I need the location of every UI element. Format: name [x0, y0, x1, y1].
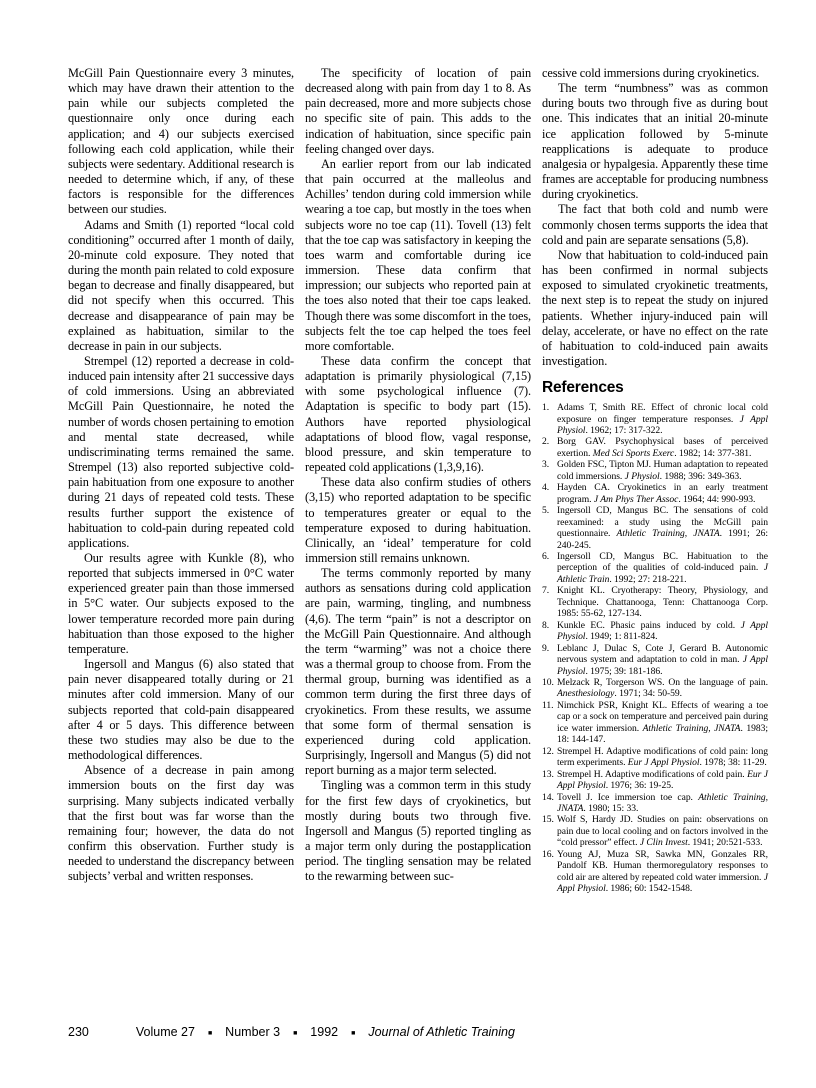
reference-text: . 1971; 34: 50-59.: [614, 688, 682, 699]
reference-text: Leblanc J, Dulac S, Cote J, Gerard B. Au…: [557, 643, 768, 665]
reference-item: 1.Adams T, Smith RE. Effect of chronic l…: [542, 402, 768, 436]
reference-text: . 1941; 20:521-533.: [688, 837, 763, 848]
body-paragraph: The terms commonly reported by many auth…: [305, 566, 531, 778]
column-right: cessive cold immersions during cryokinet…: [542, 66, 768, 895]
footer-volume: Volume 27: [136, 1025, 195, 1039]
body-paragraph: Now that habituation to cold-induced pai…: [542, 248, 768, 369]
reference-item: 9.Leblanc J, Dulac S, Cote J, Gerard B. …: [542, 643, 768, 677]
references-list: 1.Adams T, Smith RE. Effect of chronic l…: [542, 402, 768, 894]
body-paragraph: An earlier report from our lab indicated…: [305, 157, 531, 354]
square-bullet-icon: ■: [293, 1030, 297, 1037]
reference-text: . 1992; 27: 218-221.: [609, 574, 686, 585]
footer: 230 Volume 27 ■ Number 3 ■ 1992 ■ Journa…: [68, 1025, 768, 1039]
reference-number: 4.: [542, 482, 549, 493]
reference-item: 4.Hayden CA. Cryokinetics in an early tr…: [542, 482, 768, 505]
reference-text: Ingersoll CD, Mangus BC. Habituation to …: [557, 551, 768, 573]
reference-number: 7.: [542, 585, 549, 596]
reference-item: 10.Melzack R, Torgerson WS. On the langu…: [542, 677, 768, 700]
reference-item: 13.Strempel H. Adaptive modifications of…: [542, 769, 768, 792]
reference-text: Young AJ, Muza SR, Sawka MN, Gonzales RR…: [557, 849, 768, 883]
body-paragraph: Absence of a decrease in pain among imme…: [68, 763, 294, 884]
page-number: 230: [68, 1025, 89, 1039]
reference-text: Strempel H. Adaptive modifications of co…: [557, 769, 747, 780]
reference-text: Kunkle EC. Phasic pains induced by cold.: [557, 620, 741, 631]
reference-text: . 1949; 1: 811-824.: [585, 631, 657, 642]
column-left: McGill Pain Questionnaire every 3 minute…: [68, 66, 294, 895]
column-middle: The specificity of location of pain decr…: [305, 66, 531, 895]
reference-journal: J Clin Invest: [640, 837, 688, 848]
reference-text: Melzack R, Torgerson WS. On the language…: [557, 677, 768, 688]
footer-year: 1992: [310, 1025, 338, 1039]
reference-text: . 1976; 36: 19-25.: [606, 780, 674, 791]
body-paragraph: cessive cold immersions during cryokinet…: [542, 66, 768, 81]
body-paragraph: These data confirm the concept that adap…: [305, 354, 531, 475]
reference-number: 14.: [542, 792, 554, 803]
reference-item: 6.Ingersoll CD, Mangus BC. Habituation t…: [542, 551, 768, 585]
reference-item: 11.Nimchick PSR, Knight KL. Effects of w…: [542, 700, 768, 746]
body-paragraph: Ingersoll and Mangus (6) also stated tha…: [68, 657, 294, 763]
body-paragraph: Strempel (12) reported a decrease in col…: [68, 354, 294, 551]
reference-number: 16.: [542, 849, 554, 860]
reference-journal: J Am Phys Ther Assoc: [594, 494, 678, 505]
reference-number: 3.: [542, 459, 549, 470]
body-paragraph: Our results agree with Kunkle (8), who r…: [68, 551, 294, 657]
body-paragraph: The term “numbness” was as common during…: [542, 81, 768, 202]
reference-item: 14.Tovell J. Ice immersion toe cap. Athl…: [542, 792, 768, 815]
reference-number: 15.: [542, 814, 554, 825]
reference-text: Knight KL. Cryotherapy: Theory, Physiolo…: [557, 585, 768, 619]
reference-item: 16.Young AJ, Muza SR, Sawka MN, Gonzales…: [542, 849, 768, 895]
footer-journal-title: Journal of Athletic Training: [368, 1025, 515, 1039]
reference-text: Adams T, Smith RE. Effect of chronic loc…: [557, 402, 768, 424]
reference-journal: Athletic Training, JNATA: [617, 528, 720, 539]
reference-item: 2.Borg GAV. Psychophysical bases of perc…: [542, 436, 768, 459]
reference-journal: Med Sci Sports Exerc: [593, 448, 675, 459]
reference-journal: Eur J Appl Physiol: [628, 757, 700, 768]
article-page: McGill Pain Questionnaire every 3 minute…: [0, 0, 816, 1088]
reference-number: 9.: [542, 643, 549, 654]
body-paragraph: The fact that both cold and numb were co…: [542, 202, 768, 247]
reference-text: Tovell J. Ice immersion toe cap.: [557, 792, 698, 803]
reference-number: 1.: [542, 402, 549, 413]
body-paragraph: Adams and Smith (1) reported “local cold…: [68, 218, 294, 354]
reference-text: . 1986; 60: 1542-1548.: [606, 883, 693, 894]
body-paragraph: These data also confirm studies of other…: [305, 475, 531, 566]
square-bullet-icon: ■: [208, 1030, 212, 1037]
reference-number: 12.: [542, 746, 554, 757]
reference-text: . 1982; 14: 377-381.: [674, 448, 751, 459]
reference-text: . 1978; 38: 11-29.: [699, 757, 766, 768]
reference-number: 6.: [542, 551, 549, 562]
references-heading: References: [542, 379, 768, 397]
reference-item: 8.Kunkle EC. Phasic pains induced by col…: [542, 620, 768, 643]
reference-journal: Anesthesiology: [557, 688, 614, 699]
reference-item: 15.Wolf S, Hardy JD. Studies on pain: ob…: [542, 814, 768, 848]
body-paragraph: McGill Pain Questionnaire every 3 minute…: [68, 66, 294, 218]
reference-text: . 1964; 44: 990-993.: [678, 494, 755, 505]
reference-number: 2.: [542, 436, 549, 447]
reference-item: 3.Golden FSC, Tipton MJ. Human adaptatio…: [542, 459, 768, 482]
reference-item: 12.Strempel H. Adaptive modifications of…: [542, 746, 768, 769]
body-paragraph: Tingling was a common term in this study…: [305, 778, 531, 884]
reference-number: 11.: [542, 700, 554, 711]
reference-text: . 1980; 15: 33.: [583, 803, 638, 814]
reference-text: . 1975; 39: 181-186.: [585, 666, 662, 677]
reference-number: 5.: [542, 505, 549, 516]
reference-number: 8.: [542, 620, 549, 631]
reference-number: 10.: [542, 677, 554, 688]
square-bullet-icon: ■: [351, 1030, 355, 1037]
reference-text: . 1988; 396: 349-363.: [660, 471, 742, 482]
footer-number: Number 3: [225, 1025, 280, 1039]
reference-number: 13.: [542, 769, 554, 780]
reference-text: . 1962; 17: 317-322.: [585, 425, 662, 436]
article-body: McGill Pain Questionnaire every 3 minute…: [68, 66, 768, 895]
body-paragraph: The specificity of location of pain decr…: [305, 66, 531, 157]
reference-item: 5.Ingersoll CD, Mangus BC. The sensation…: [542, 505, 768, 551]
reference-journal: J Physiol: [625, 471, 660, 482]
reference-journal: Athletic Training, JNATA: [643, 723, 741, 734]
reference-item: 7.Knight KL. Cryotherapy: Theory, Physio…: [542, 585, 768, 619]
